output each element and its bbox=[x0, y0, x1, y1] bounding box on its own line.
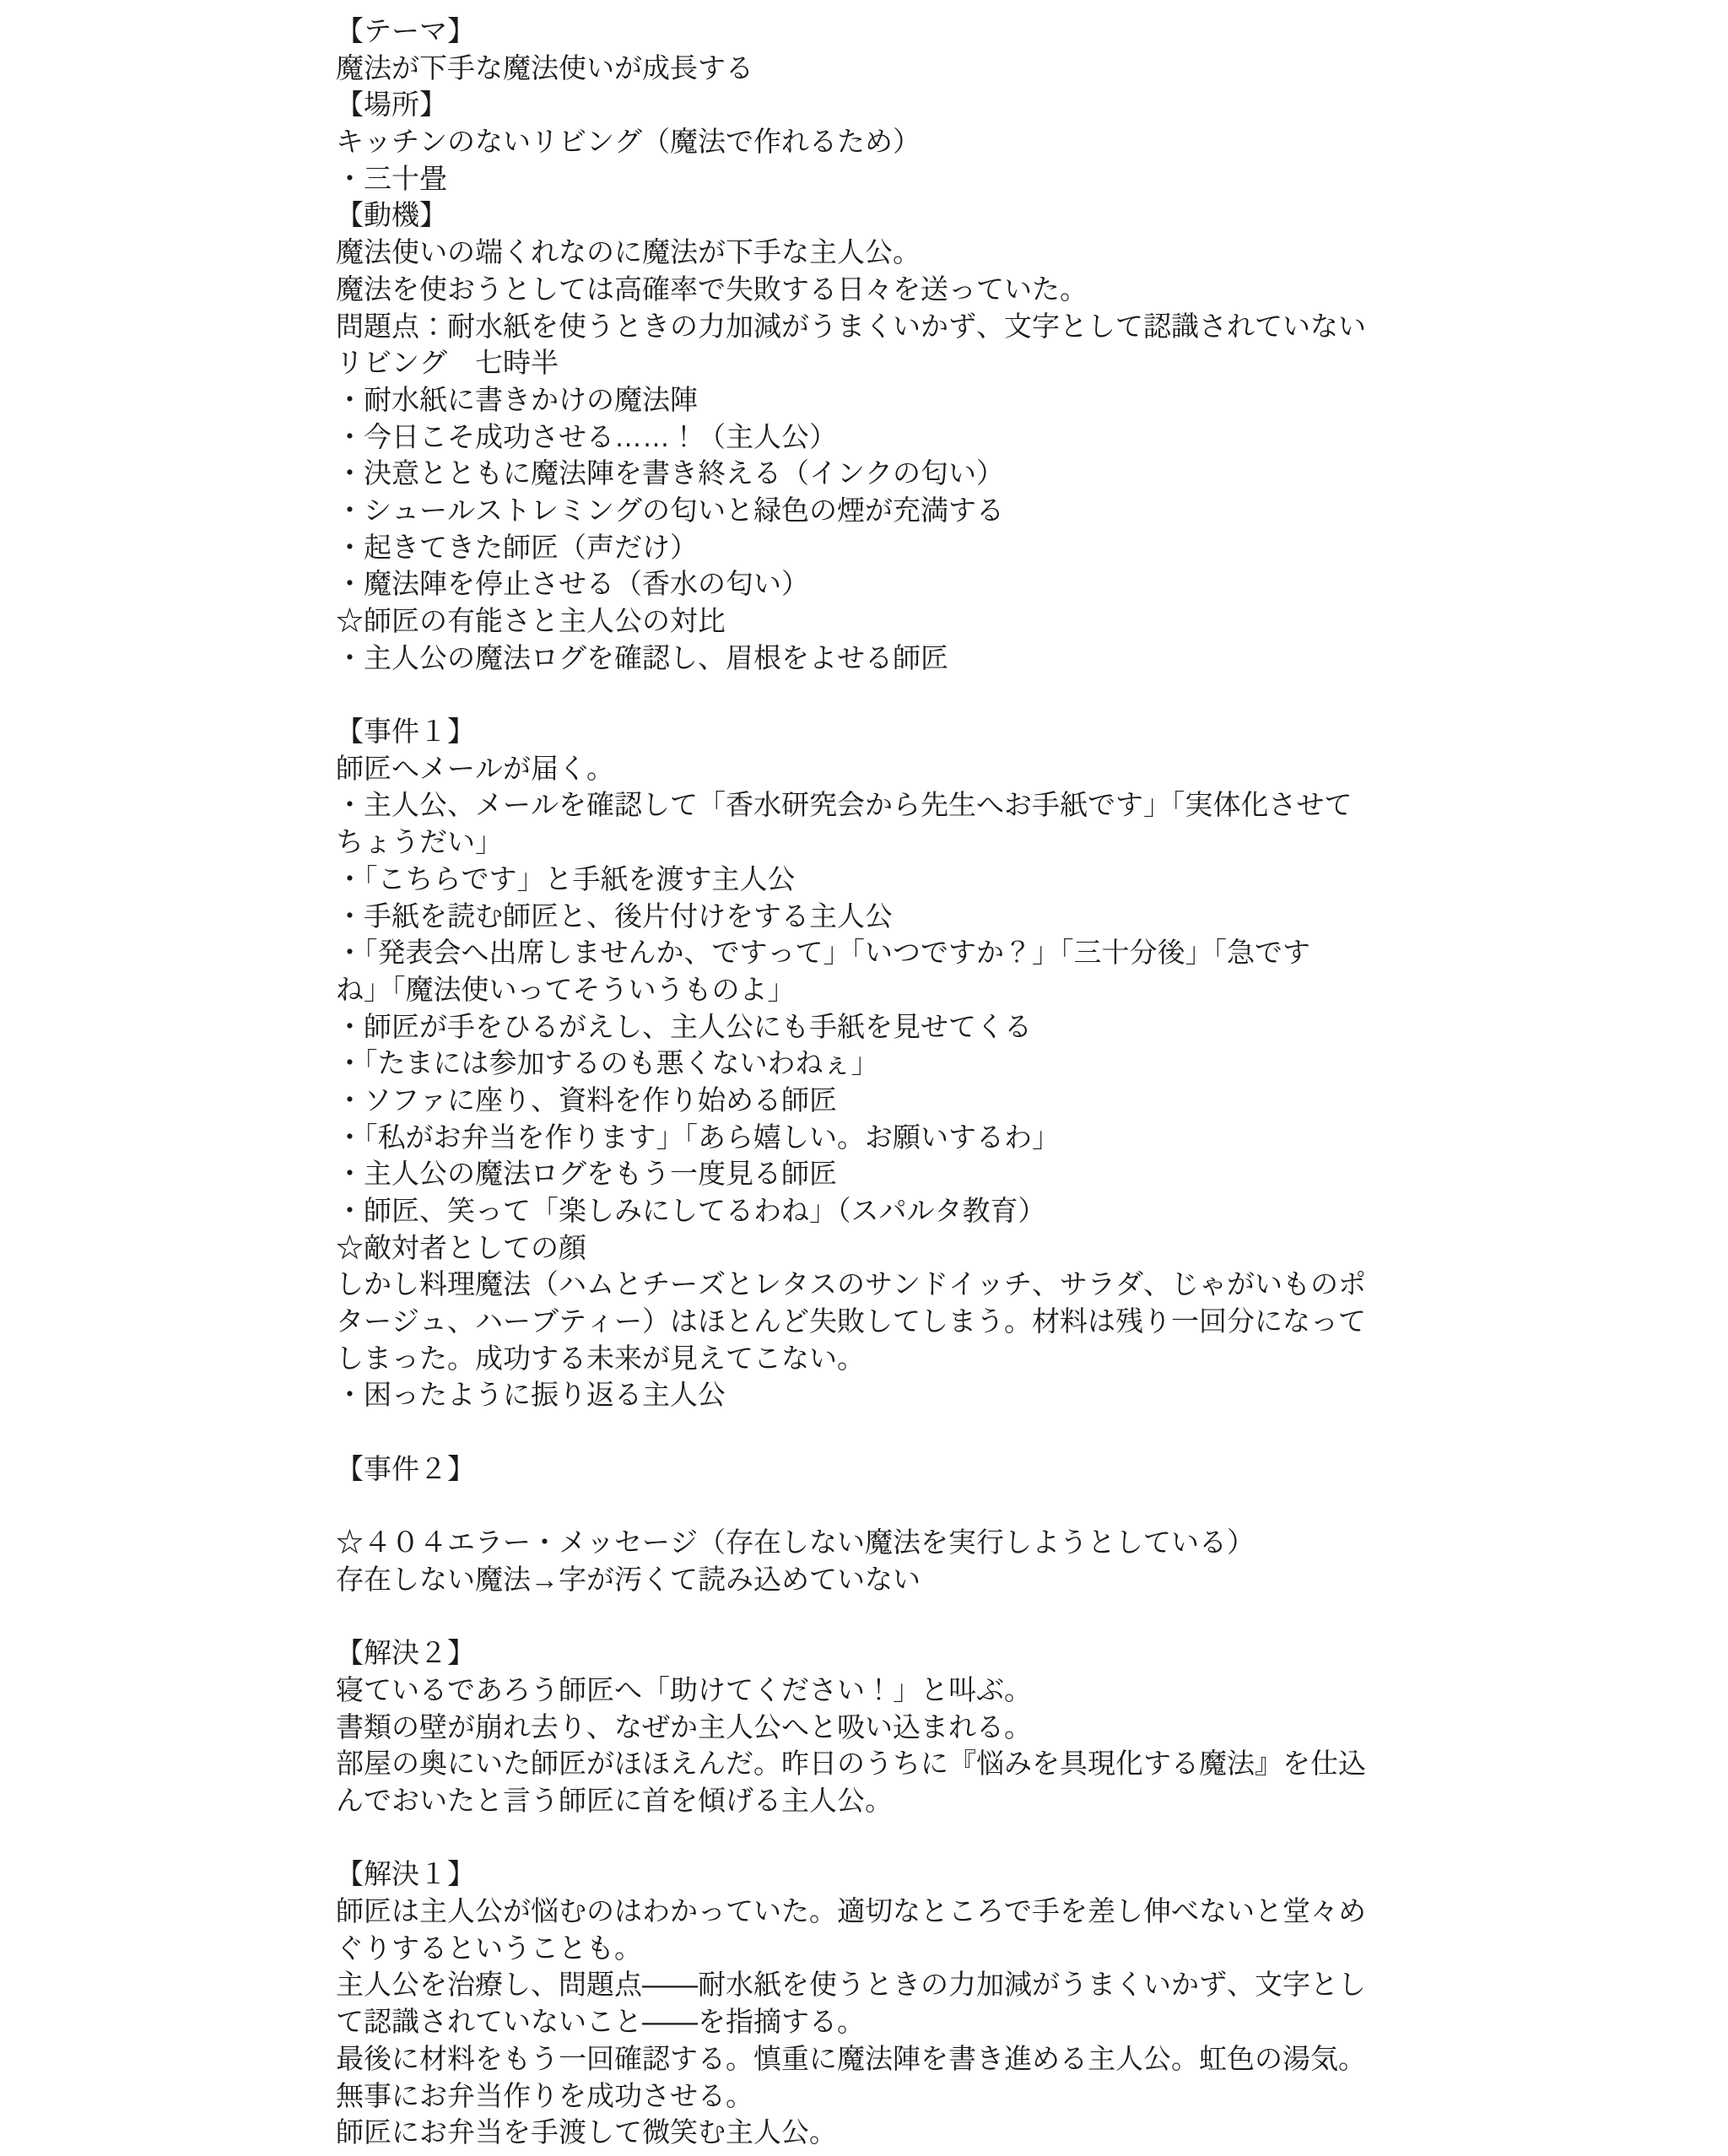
text-line: 【事件１】 bbox=[336, 713, 1677, 750]
text-line: タージュ、ハーブティー）はほとんど失敗してしまう。材料は残り一回分になって bbox=[336, 1303, 1677, 1340]
text-line: ぐりするということも。 bbox=[336, 1930, 1677, 1967]
text-line: 【動機】 bbox=[336, 197, 1677, 234]
text-line: ・「こちらです」と手紙を渡す主人公 bbox=[336, 861, 1677, 898]
text-line: ね」「魔法使いってそういうものよ」 bbox=[336, 971, 1677, 1008]
text-line: 部屋の奥にいた師匠がほほえんだ。昨日のうちに『悩みを具現化する魔法』を仕込 bbox=[336, 1745, 1677, 1782]
text-line: 書類の壁が崩れ去り、なぜか主人公へと吸い込まれる。 bbox=[336, 1709, 1677, 1746]
text-line: ・決意とともに魔法陣を書き終える（インクの匂い） bbox=[336, 455, 1677, 492]
text-line: しまった。成功する未来が見えてこない。 bbox=[336, 1340, 1677, 1377]
text-line: ・耐水紙に書きかけの魔法陣 bbox=[336, 381, 1677, 419]
text-line: 寝ているであろう師匠へ「助けてください！」と叫ぶ。 bbox=[336, 1672, 1677, 1709]
text-line: ・「たまには参加するのも悪くないわねぇ」 bbox=[336, 1045, 1677, 1082]
text-line: 師匠へメールが届く。 bbox=[336, 750, 1677, 787]
text-line: 最後に材料をもう一回確認する。慎重に魔法陣を書き進める主人公。虹色の湯気。 bbox=[336, 2040, 1677, 2078]
text-line: 問題点：耐水紙を使うときの力加減がうまくいかず、文字として認識されていない bbox=[336, 308, 1677, 345]
text-line: ・魔法陣を停止させる（香水の匂い） bbox=[336, 565, 1677, 602]
blank-line bbox=[336, 1598, 1677, 1635]
document-text: 【テーマ】魔法が下手な魔法使いが成長する【場所】キッチンのないリビング（魔法で作… bbox=[336, 13, 1677, 2151]
text-line: 無事にお弁当作りを成功させる。 bbox=[336, 2078, 1677, 2115]
text-line: 師匠にお弁当を手渡して微笑む主人公。 bbox=[336, 2114, 1677, 2151]
text-line: ・師匠が手をひるがえし、主人公にも手紙を見せてくる bbox=[336, 1008, 1677, 1046]
blank-line bbox=[336, 676, 1677, 713]
text-line: ・主人公、メールを確認して「香水研究会から先生へお手紙です」「実体化させて bbox=[336, 786, 1677, 824]
text-line: ・シュールストレミングの匂いと緑色の煙が充満する bbox=[336, 492, 1677, 529]
blank-line bbox=[336, 1488, 1677, 1525]
text-line: 【解決２】 bbox=[336, 1635, 1677, 1672]
text-line: ・三十畳 bbox=[336, 160, 1677, 197]
text-line: 【テーマ】 bbox=[336, 13, 1677, 50]
text-line: ・今日こそ成功させる……！（主人公） bbox=[336, 419, 1677, 456]
text-line: ☆４０４エラー・メッセージ（存在しない魔法を実行しようとしている） bbox=[336, 1524, 1677, 1561]
text-line: ちょうだい」 bbox=[336, 824, 1677, 861]
text-line: 存在しない魔法→字が汚くて読み込めていない bbox=[336, 1561, 1677, 1598]
text-line: ・師匠、笑って「楽しみにしてるわね」（スパルタ教育） bbox=[336, 1192, 1677, 1229]
text-line: 【場所】 bbox=[336, 86, 1677, 123]
text-line: 魔法使いの端くれなのに魔法が下手な主人公。 bbox=[336, 234, 1677, 271]
text-line: て認識されていないこと——を指摘する。 bbox=[336, 2003, 1677, 2040]
text-line: ・「発表会へ出席しませんか、ですって」「いつですか？」「三十分後」「急です bbox=[336, 934, 1677, 971]
text-line: ・困ったように振り返る主人公 bbox=[336, 1376, 1677, 1413]
text-line: ・起きてきた師匠（声だけ） bbox=[336, 529, 1677, 566]
text-line: 魔法が下手な魔法使いが成長する bbox=[336, 50, 1677, 87]
text-line: ☆敵対者としての顔 bbox=[336, 1229, 1677, 1267]
blank-line bbox=[336, 1413, 1677, 1451]
text-line: しかし料理魔法（ハムとチーズとレタスのサンドイッチ、サラダ、じゃがいものポ bbox=[336, 1266, 1677, 1303]
text-line: 【解決１】 bbox=[336, 1856, 1677, 1893]
screenshot-root: { "page": { "background": "#ffffff", "te… bbox=[0, 0, 1728, 2156]
text-line: ・手紙を読む師匠と、後片付けをする主人公 bbox=[336, 898, 1677, 935]
text-line: 魔法を使おうとしては高確率で失敗する日々を送っていた。 bbox=[336, 271, 1677, 308]
text-line: ・主人公の魔法ログを確認し、眉根をよせる師匠 bbox=[336, 640, 1677, 677]
text-line: 【事件２】 bbox=[336, 1451, 1677, 1488]
text-line: んでおいたと言う師匠に首を傾げる主人公。 bbox=[336, 1782, 1677, 1819]
text-line: キッチンのないリビング（魔法で作れるため） bbox=[336, 123, 1677, 160]
text-line: 師匠は主人公が悩むのはわかっていた。適切なところで手を差し伸べないと堂々め bbox=[336, 1893, 1677, 1930]
text-line: ☆師匠の有能さと主人公の対比 bbox=[336, 602, 1677, 640]
blank-line bbox=[336, 1819, 1677, 1856]
text-line: ・「私がお弁当を作ります」「あら嬉しい。お願いするわ」 bbox=[336, 1119, 1677, 1156]
text-line: 主人公を治療し、問題点——耐水紙を使うときの力加減がうまくいかず、文字とし bbox=[336, 1966, 1677, 2003]
text-line: リビング 七時半 bbox=[336, 344, 1677, 381]
document-page: 【テーマ】魔法が下手な魔法使いが成長する【場所】キッチンのないリビング（魔法で作… bbox=[0, 0, 1728, 2156]
text-line: ・主人公の魔法ログをもう一度見る師匠 bbox=[336, 1155, 1677, 1192]
text-line: ・ソファに座り、資料を作り始める師匠 bbox=[336, 1082, 1677, 1119]
